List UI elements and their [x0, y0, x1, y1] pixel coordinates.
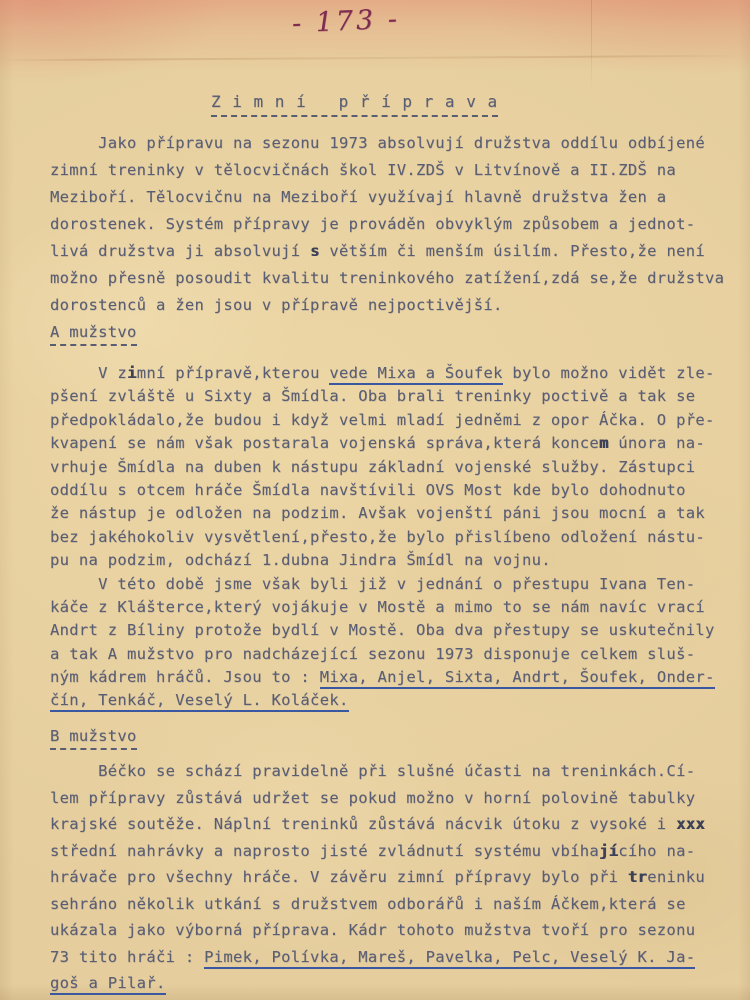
text-segment: oddílu s otcem hráče Šmídla navštívili O…	[50, 481, 686, 499]
typed-line: vrhuje Šmídla na duben k nástupu základn…	[50, 458, 715, 481]
text-segment: pu na podzim, odchází 1.dubna Jindra Šmí…	[50, 551, 551, 569]
text-segment: pšení zvláště u Sixty a Šmídla. Oba bral…	[50, 387, 695, 405]
pen-underlined-text: Pimek, Polívka, Mareš, Pavelka, Pelc, Ve…	[204, 948, 695, 969]
typed-line: ným kádrem hráčů. Jsou to : Mixa, Anjel,…	[50, 668, 715, 691]
text-segment: ným kádrem hráčů. Jsou to :	[50, 668, 320, 686]
typed-line: střední nahrávky a naprosto jisté zvládn…	[50, 842, 705, 869]
typed-line: goš a Pilař.	[50, 974, 705, 1000]
overtyped-text: tr	[628, 868, 647, 886]
text-segment: lem přípravy zůstává udržet se pokud mož…	[50, 789, 695, 807]
text-segment: možno přesně posoudit kvalitu treninkové…	[50, 269, 724, 287]
typed-line: livá družstva ji absolvují s větším či m…	[50, 242, 724, 269]
overtyped-text: m	[599, 434, 609, 452]
typed-line: pu na podzim, odchází 1.dubna Jindra Šmí…	[50, 551, 715, 574]
text-segment: vrhuje Šmídla na duben k nástupu základn…	[50, 458, 695, 476]
paper-crease-vertical	[591, 0, 592, 92]
overtyped-text: jí	[599, 842, 618, 860]
typed-line: V této době jsme však byli již v jednání…	[50, 575, 715, 598]
text-segment: zimní treninky v tělocvičnách škol IV.ZD…	[50, 161, 676, 179]
a-team-paragraph: V zimní přípravě,kterou vede Mixa a Šouf…	[50, 364, 715, 715]
text-segment: dorostenců a žen jsou v přípravě nejpoct…	[50, 296, 503, 314]
section-heading-a-muzstvo: A mužstvo	[50, 323, 137, 346]
typed-line: zimní treninky v tělocvičnách škol IV.ZD…	[50, 161, 724, 188]
typed-line: a tak A mužstvo pro nadcházející sezonu …	[50, 645, 715, 668]
page-number-handwritten: - 173 -	[291, 4, 400, 40]
overtyped-text: xxx	[676, 815, 705, 833]
typed-line: že nástup je odložen na podzim. Avšak vo…	[50, 504, 715, 527]
typed-line: Béčko se schází pravidelně při slušné úč…	[50, 762, 705, 789]
text-segment: větším či menším úsilím. Přesto,že není	[320, 242, 705, 260]
intro-paragraph: Jako přípravu na sezonu 1973 absolvují d…	[50, 134, 724, 323]
text-segment: Andrt z Bíliny protože bydlí v Mostě. Ob…	[50, 621, 715, 639]
text-segment: a tak A mužstvo pro nadcházející sezonu …	[50, 645, 695, 663]
text-segment: V této době jsme však byli již v jednání…	[50, 575, 695, 593]
typed-line: V zimní přípravě,kterou vede Mixa a Šouf…	[50, 364, 715, 387]
typed-line: sehráno několik utkání s družstvem odbor…	[50, 895, 705, 922]
text-segment: V z	[50, 364, 127, 382]
text-segment: kvapení se nám však postarala vojenská s…	[50, 434, 599, 452]
overtyped-text: i	[127, 364, 137, 382]
text-segment: že nástup je odložen na podzim. Avšak vo…	[50, 504, 705, 522]
text-segment: bez jakéhokoliv vysvětlení,přesto,že byl…	[50, 528, 705, 546]
pen-underlined-text: Mixa, Anjel, Sixta, Andrt, Šoufek, Onder…	[320, 668, 715, 689]
document-title: Z i m n í p ř í p r a v a	[211, 92, 498, 117]
document-page: - 173 - Z i m n í p ř í p r a v a Jako p…	[0, 0, 750, 1000]
typed-line: čín, Tenkáč, Veselý L. Koláček.	[50, 691, 715, 714]
text-segment: Jako přípravu na sezonu 1973 absolvují d…	[50, 134, 705, 152]
typed-line: kvapení se nám však postarala vojenská s…	[50, 434, 715, 457]
text-segment: eninku	[647, 868, 705, 886]
text-segment: střední nahrávky a naprosto jisté zvládn…	[50, 842, 599, 860]
typed-line: ukázala jako výborná příprava. Kádr toho…	[50, 921, 705, 948]
typed-line: Meziboří. Tělocvičnu na Meziboří využíva…	[50, 188, 724, 215]
typed-line: oddílu s otcem hráče Šmídla navštívili O…	[50, 481, 715, 504]
typed-line: káče z Klášterce,který vojákuje v Mostě …	[50, 598, 715, 621]
text-segment: káče z Klášterce,který vojákuje v Mostě …	[50, 598, 705, 616]
text-segment: livá družstva ji absolvují	[50, 242, 310, 260]
typed-line: bez jakéhokoliv vysvětlení,přesto,že byl…	[50, 528, 715, 551]
pen-underlined-text: čín, Tenkáč, Veselý L. Koláček.	[50, 691, 349, 712]
text-segment: mní přípravě,kterou	[137, 364, 330, 382]
text-segment: února na-	[609, 434, 705, 452]
typed-line: pšení zvláště u Sixty a Šmídla. Oba bral…	[50, 387, 715, 410]
typed-line: možno přesně posoudit kvalitu treninkové…	[50, 269, 724, 296]
section-heading-b-muzstvo: B mužstvo	[50, 727, 137, 750]
typed-line: Andrt z Bíliny protože bydlí v Mostě. Ob…	[50, 621, 715, 644]
text-segment: předpokládalo,že budou i když velmi mlad…	[50, 411, 715, 429]
typed-line: Jako přípravu na sezonu 1973 absolvují d…	[50, 134, 724, 161]
typed-line: lem přípravy zůstává udržet se pokud mož…	[50, 789, 705, 816]
typed-line: krajské soutěže. Náplní treninků zůstává…	[50, 815, 705, 842]
text-segment: 73 tito hráči :	[50, 948, 204, 966]
typed-line: dorostenců a žen jsou v přípravě nejpoct…	[50, 296, 724, 323]
overtyped-text: s	[310, 242, 320, 260]
typed-line: dorostenek. Systém přípravy je prováděn …	[50, 215, 724, 242]
text-segment: ukázala jako výborná příprava. Kádr toho…	[50, 921, 695, 939]
typed-line: předpokládalo,že budou i když velmi mlad…	[50, 411, 715, 434]
text-segment: cího na-	[618, 842, 695, 860]
pen-underlined-text: goš a Pilař.	[50, 974, 166, 995]
text-segment: Meziboří. Tělocvičnu na Meziboří využíva…	[50, 188, 666, 206]
b-team-paragraph: Béčko se schází pravidelně při slušné úč…	[50, 762, 705, 1000]
text-segment: krajské soutěže. Náplní treninků zůstává…	[50, 815, 676, 833]
typed-line: 73 tito hráči : Pimek, Polívka, Mareš, P…	[50, 948, 705, 975]
text-segment: Béčko se schází pravidelně při slušné úč…	[50, 762, 695, 780]
text-segment: hrávače pro všechny hráče. V závěru zimn…	[50, 868, 628, 886]
text-segment: sehráno několik utkání s družstvem odbor…	[50, 895, 686, 913]
pen-underlined-text: vede Mixa a Šoufek	[329, 364, 502, 385]
text-segment: bylo možno vidět zle-	[503, 364, 715, 382]
text-segment: dorostenek. Systém přípravy je prováděn …	[50, 215, 695, 233]
paper-crease-horizontal	[0, 55, 750, 62]
typed-line: hrávače pro všechny hráče. V závěru zimn…	[50, 868, 705, 895]
